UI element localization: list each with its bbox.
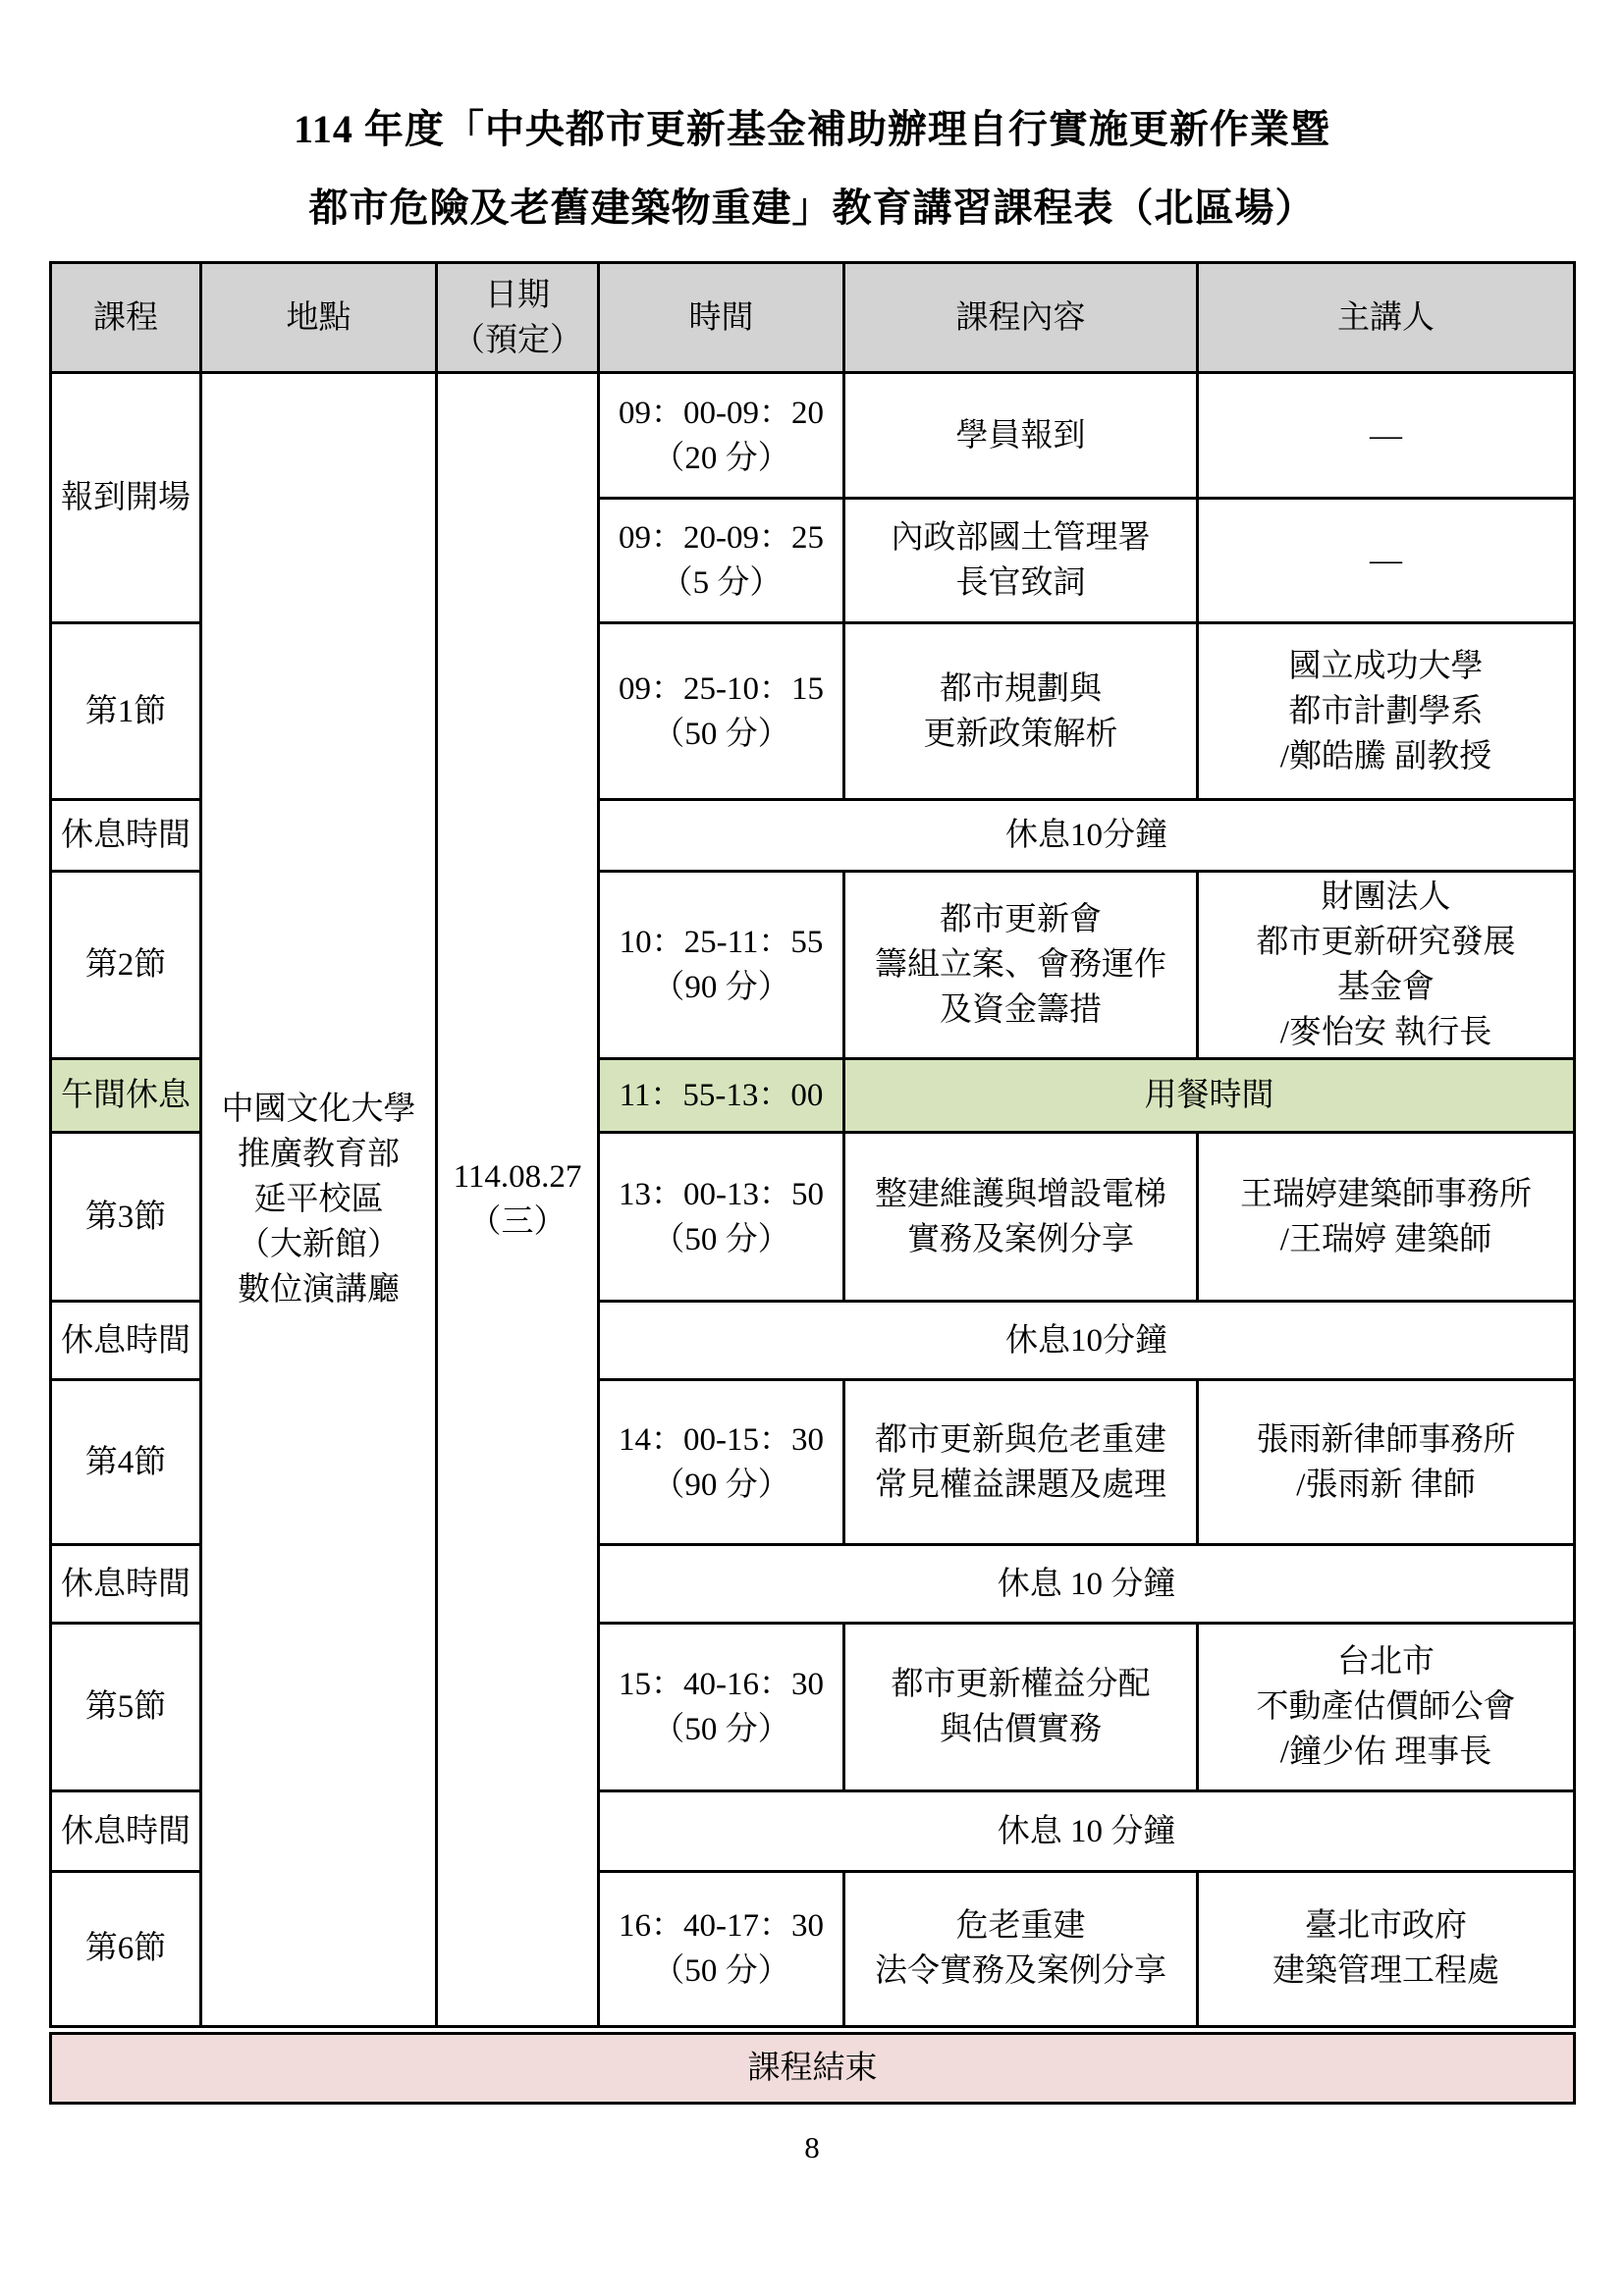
content-cell-r07: 整建維護與增設電梯 實務及案例分享 — [844, 1133, 1198, 1302]
time-cell-r13: 16：40-17：30 （50 分） — [599, 1872, 844, 2030]
date-cell: 114.08.27 （三） — [437, 373, 599, 2030]
course-cell-break4: 休息時間 — [51, 1791, 201, 1872]
content-cell-r02: 內政部國土管理署 長官致詞 — [844, 499, 1198, 623]
time-cell-r11: 15：40-16：30 （50 分） — [599, 1624, 844, 1791]
header-content: 課程內容 — [844, 263, 1198, 373]
header-course: 課程 — [51, 263, 201, 373]
page-number: 8 — [0, 2130, 1624, 2165]
content-cell-r03: 都市規劃與 更新政策解析 — [844, 623, 1198, 800]
course-cell-session6: 第6節 — [51, 1872, 201, 2030]
title-line-1: 114 年度「中央都市更新基金補助辦理自行實施更新作業暨 — [0, 90, 1624, 169]
location-cell: 中國文化大學 推廣教育部 延平校區 （大新館） 數位演講廳 — [201, 373, 437, 2030]
course-cell-session4: 第4節 — [51, 1380, 201, 1545]
course-cell-break2: 休息時間 — [51, 1302, 201, 1380]
course-end-cell: 課程結束 — [51, 2030, 1575, 2104]
speaker-cell-r13: 臺北市政府 建築管理工程處 — [1198, 1872, 1575, 2030]
header-time: 時間 — [599, 263, 844, 373]
table-header-row: 課程 地點 日期 （預定） 時間 課程內容 主講人 — [51, 263, 1575, 373]
break-cell-r10: 休息 10 分鐘 — [599, 1545, 1575, 1624]
time-cell-r01: 09：00-09：20 （20 分） — [599, 373, 844, 499]
table-row: 報到開場 中國文化大學 推廣教育部 延平校區 （大新館） 數位演講廳 114.0… — [51, 373, 1575, 499]
header-speaker: 主講人 — [1198, 263, 1575, 373]
header-date: 日期 （預定） — [437, 263, 599, 373]
speaker-cell-r03: 國立成功大學 都市計劃學系 /鄭皓騰 副教授 — [1198, 623, 1575, 800]
time-cell-r06: 11：55-13：00 — [599, 1059, 844, 1133]
course-cell-break3: 休息時間 — [51, 1545, 201, 1624]
content-cell-r09: 都市更新與危老重建 常見權益課題及處理 — [844, 1380, 1198, 1545]
time-cell-r02: 09：20-09：25 （5 分） — [599, 499, 844, 623]
title-line-2: 都市危險及老舊建築物重建」教育講習課程表（北區場） — [0, 169, 1624, 247]
content-cell-r11: 都市更新權益分配 與估價實務 — [844, 1624, 1198, 1791]
time-cell-r03: 09：25-10：15 （50 分） — [599, 623, 844, 800]
speaker-cell-r01: — — [1198, 373, 1575, 499]
break-cell-r04: 休息10分鐘 — [599, 800, 1575, 872]
speaker-cell-r09: 張雨新律師事務所 /張雨新 律師 — [1198, 1380, 1575, 1545]
content-cell-r01: 學員報到 — [844, 373, 1198, 499]
content-cell-r05: 都市更新會 籌組立案、會務運作 及資金籌措 — [844, 872, 1198, 1059]
course-cell-session2: 第2節 — [51, 872, 201, 1059]
course-schedule-table: 課程 地點 日期 （預定） 時間 課程內容 主講人 報到開場 中國文化大學 推廣… — [49, 261, 1576, 2105]
course-cell-checkin: 報到開場 — [51, 373, 201, 623]
header-location: 地點 — [201, 263, 437, 373]
speaker-cell-r11: 台北市 不動產估價師公會 /鐘少佑 理事長 — [1198, 1624, 1575, 1791]
speaker-cell-r07: 王瑞婷建築師事務所 /王瑞婷 建築師 — [1198, 1133, 1575, 1302]
course-cell-session3: 第3節 — [51, 1133, 201, 1302]
document-page: 114 年度「中央都市更新基金補助辦理自行實施更新作業暨 都市危險及老舊建築物重… — [0, 0, 1624, 2296]
page-title: 114 年度「中央都市更新基金補助辦理自行實施更新作業暨 都市危險及老舊建築物重… — [0, 0, 1624, 247]
course-end-row: 課程結束 — [51, 2030, 1575, 2104]
course-cell-break1: 休息時間 — [51, 800, 201, 872]
course-cell-lunch: 午間休息 — [51, 1059, 201, 1133]
time-cell-r05: 10：25-11：55 （90 分） — [599, 872, 844, 1059]
lunch-cell: 用餐時間 — [844, 1059, 1575, 1133]
time-cell-r07: 13：00-13：50 （50 分） — [599, 1133, 844, 1302]
content-cell-r13: 危老重建 法令實務及案例分享 — [844, 1872, 1198, 2030]
break-cell-r12: 休息 10 分鐘 — [599, 1791, 1575, 1872]
break-cell-r08: 休息10分鐘 — [599, 1302, 1575, 1380]
speaker-cell-r05: 財團法人 都市更新研究發展 基金會 /麥怡安 執行長 — [1198, 872, 1575, 1059]
time-cell-r09: 14：00-15：30 （90 分） — [599, 1380, 844, 1545]
speaker-cell-r02: — — [1198, 499, 1575, 623]
course-cell-session1: 第1節 — [51, 623, 201, 800]
course-cell-session5: 第5節 — [51, 1624, 201, 1791]
